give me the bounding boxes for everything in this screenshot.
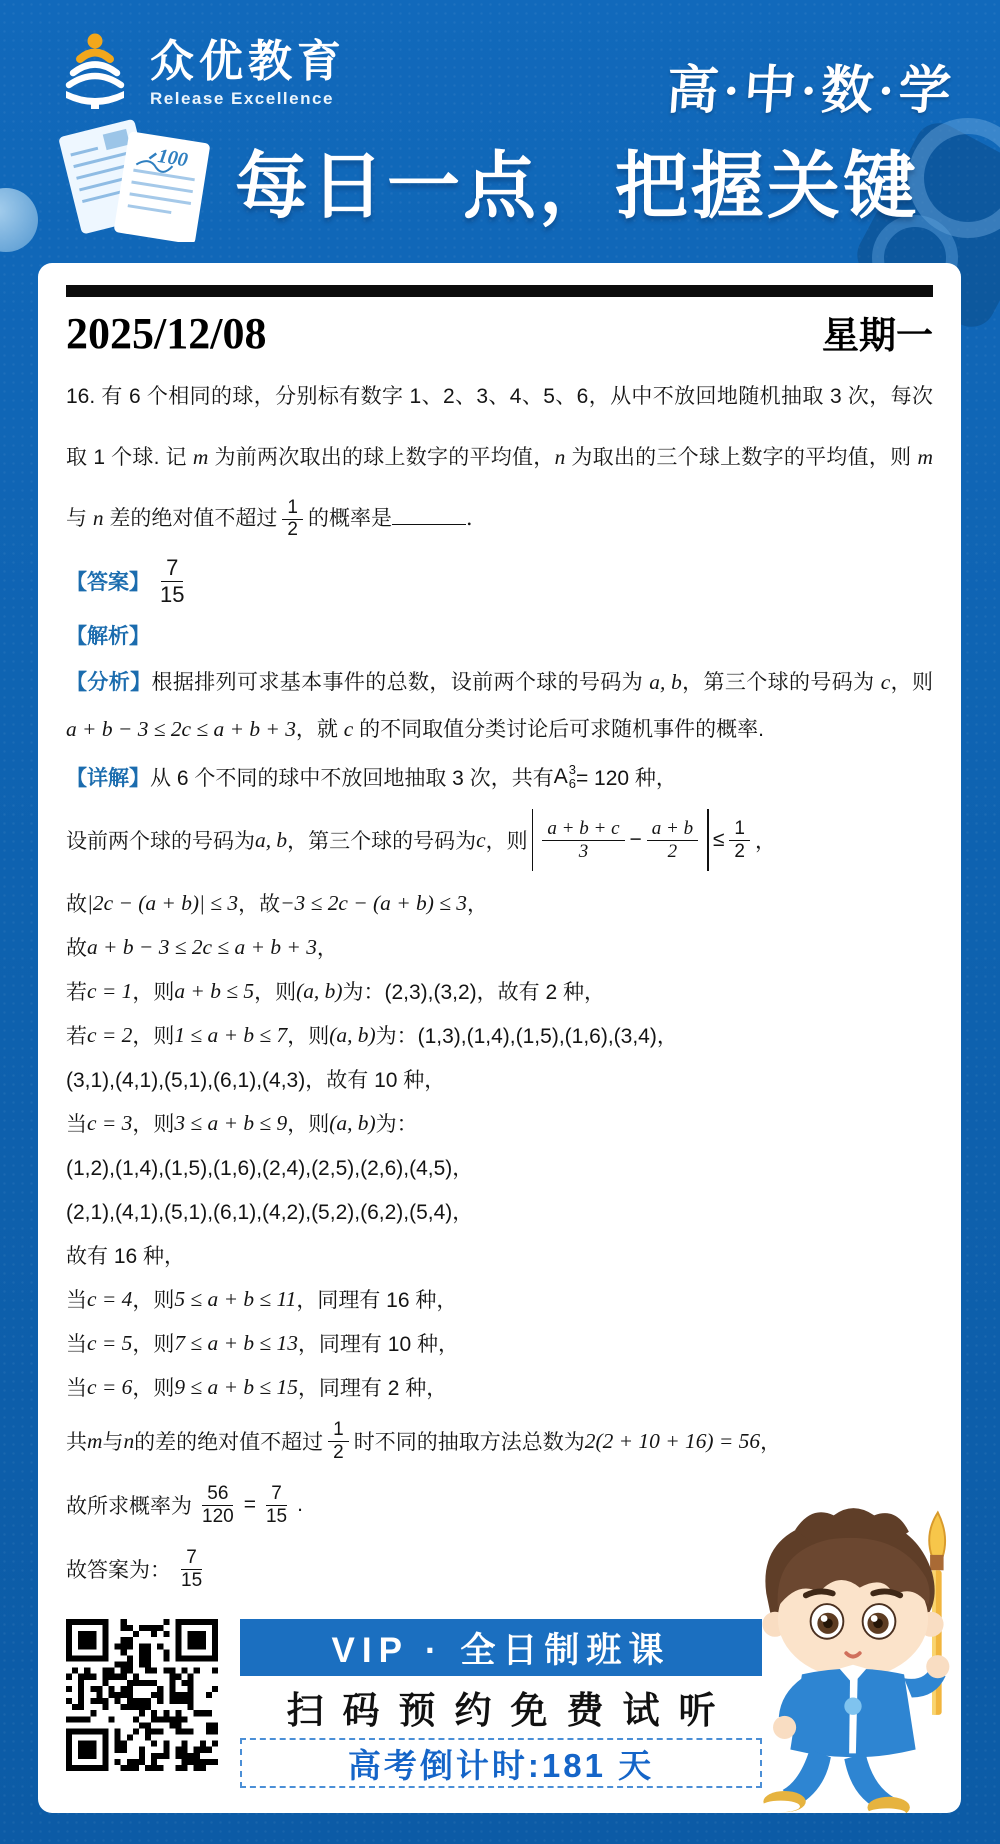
- header: 众优教育 Release Excellence 高·中·数·学: [0, 0, 1000, 263]
- page-title: 每日一点，把握关键: [235, 127, 919, 232]
- date-label: 2025/12/08: [66, 308, 266, 359]
- exam-papers-illustration: 100: [50, 112, 235, 247]
- solution-steps: 【详解】从 6 个不同的球中不放回地抽取 3 次，共有 A36 = 120 种，…: [66, 755, 933, 1601]
- svg-text:100: 100: [156, 145, 189, 171]
- answer-row: 【答案】715: [66, 549, 933, 613]
- brand-name: 众优教育: [150, 38, 346, 86]
- mascot-boy: [739, 1499, 961, 1813]
- problem-statement: 16. 有 6 个相同的球，分别标有数字 1、2、3、4、5、6，从中不放回地随…: [66, 367, 933, 549]
- vip-class-banner: VIP · 全日制班课: [240, 1619, 762, 1676]
- solution-line: 当 c = 6，则 9 ≤ a + b ≤ 15，同理有 2 种，: [66, 1365, 933, 1409]
- analysis-header: 【解析】: [66, 613, 933, 657]
- gaokao-countdown: 高考倒计时:181 天: [240, 1738, 762, 1788]
- solution-line: 当 c = 3，则 3 ≤ a + b ≤ 9，则 (a, b) 为：: [66, 1101, 933, 1145]
- solution-line: 【详解】从 6 个不同的球中不放回地抽取 3 次，共有 A36 = 120 种，: [66, 755, 933, 799]
- top-rule: [66, 285, 933, 297]
- solution-line: (1,2),(1,4),(1,5),(1,6),(2,4),(2,5),(2,6…: [66, 1145, 933, 1189]
- analysis-paragraph: 【分析】根据排列可求基本事件的总数，设前两个球的号码为 a, b，第三个球的号码…: [66, 659, 933, 753]
- scan-booking-text: 扫码预约免费试听: [240, 1685, 762, 1729]
- solution-line: 故有 16 种，: [66, 1233, 933, 1277]
- date-row: 2025/12/08 星期一: [66, 305, 933, 359]
- solution-line: 故 a + b − 3 ≤ 2c ≤ a + b + 3，: [66, 925, 933, 969]
- solution-line: 设前两个球的号码为 a, b，第三个球的号码为 c，则a + b + c3−a …: [66, 799, 933, 881]
- brand-slogan: Release Excellence: [150, 89, 346, 109]
- globe-deco: [0, 188, 38, 252]
- solution-line: 故|2c − (a + b)| ≤ 3，故−3 ≤ 2c − (a + b) ≤…: [66, 881, 933, 925]
- weekday-label: 星期一: [822, 305, 933, 359]
- solution-line: 当 c = 4，则 5 ≤ a + b ≤ 11，同理有 16 种，: [66, 1277, 933, 1321]
- solution-line: (2,1),(4,1),(5,1),(6,1),(4,2),(5,2),(6,2…: [66, 1189, 933, 1233]
- solution-line: 若 c = 2，则 1 ≤ a + b ≤ 7，则 (a, b) 为：(1,3)…: [66, 1013, 933, 1057]
- solution-line: 若 c = 1，则 a + b ≤ 5，则 (a, b) 为：(2,3),(3,…: [66, 969, 933, 1013]
- solution-line: 共 m 与 n 的差的绝对值不超过12时不同的抽取方法总数为 2(2 + 10 …: [66, 1409, 933, 1473]
- content-card: 2025/12/08 星期一 16. 有 6 个相同的球，分别标有数字 1、2、…: [38, 263, 961, 1813]
- brand-logo: 众优教育 Release Excellence: [58, 30, 346, 117]
- solution-line: (3,1),(4,1),(5,1),(6,1),(4,3)，故有 10 种，: [66, 1057, 933, 1101]
- book-person-logo-icon: [58, 30, 132, 117]
- qr-code: [66, 1619, 218, 1771]
- solution-line: 当 c = 5，则 7 ≤ a + b ≤ 13，同理有 10 种，: [66, 1321, 933, 1365]
